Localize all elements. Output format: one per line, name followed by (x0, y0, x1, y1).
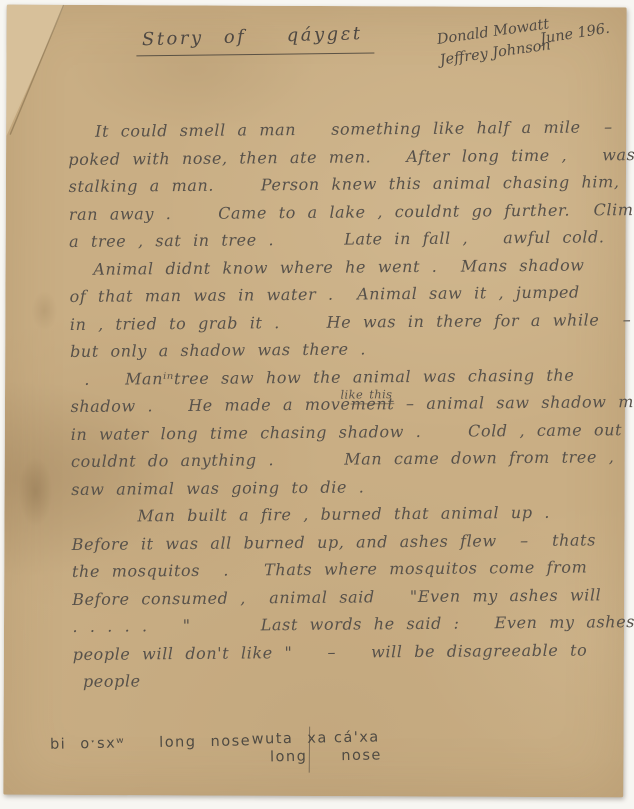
paper-smudge (18, 457, 52, 527)
phonetic-gloss-b: nose (341, 747, 382, 764)
inserted-word-anchor: like thisment (350, 394, 394, 413)
phonetic-term-b: xa cá'xa (307, 729, 380, 746)
manuscript-line: the mosquitos . Thats where mosquitos co… (72, 553, 632, 585)
line-segment: – animal saw shadow move , (394, 392, 634, 414)
line-segment: shadow . He made a move (70, 395, 350, 416)
phonetic-gloss-a: long (270, 749, 308, 766)
vertical-divider-stroke (309, 727, 311, 773)
phonetic-term-row: wutaxa cá'xa (252, 728, 442, 747)
folded-corner (6, 5, 77, 145)
phonetic-gloss-row: longnose (252, 746, 442, 765)
manuscript-line: It could smell a man something like half… (68, 113, 628, 145)
interlinear-insertion: like this (340, 381, 392, 409)
paper-smudge (31, 291, 57, 331)
manuscript-line: people will don't like " – will be disag… (73, 636, 633, 668)
phonetic-term: bi oˑsxʷ (50, 735, 125, 752)
manuscript-line: . . . . . " Last words he said : Even my… (72, 608, 632, 640)
phonetic-note-right: wutaxa cá'xa longnose (252, 728, 443, 779)
manuscript-line-with-insertion: shadow . He made a movelike thisment – a… (70, 388, 630, 420)
manuscript-line: of that man was in water . Animal saw it… (69, 278, 629, 310)
manuscript-line: Man built a fire , burned that animal up… (71, 498, 631, 530)
manuscript-line: a tree , sat in tree . Late in fall , aw… (69, 223, 629, 255)
phonetic-gloss: long nose (159, 733, 251, 751)
manuscript-line: couldnt do anything . Man came down from… (71, 443, 631, 475)
phonetic-term-a: wuta (252, 731, 294, 748)
spacer (125, 747, 159, 748)
manuscript-line: stalking a man. Person knew this animal … (68, 168, 628, 200)
manuscript-line: in , tried to grab it . He was in there … (70, 306, 630, 338)
spacer (293, 731, 307, 747)
spacer (307, 748, 341, 765)
scanned-document: Story of qáygɛt Donald Mowatt Jeffrey Jo… (0, 0, 634, 809)
manuscript-line: people (73, 663, 633, 695)
manuscript-body: It could smell a man something like half… (68, 113, 633, 695)
